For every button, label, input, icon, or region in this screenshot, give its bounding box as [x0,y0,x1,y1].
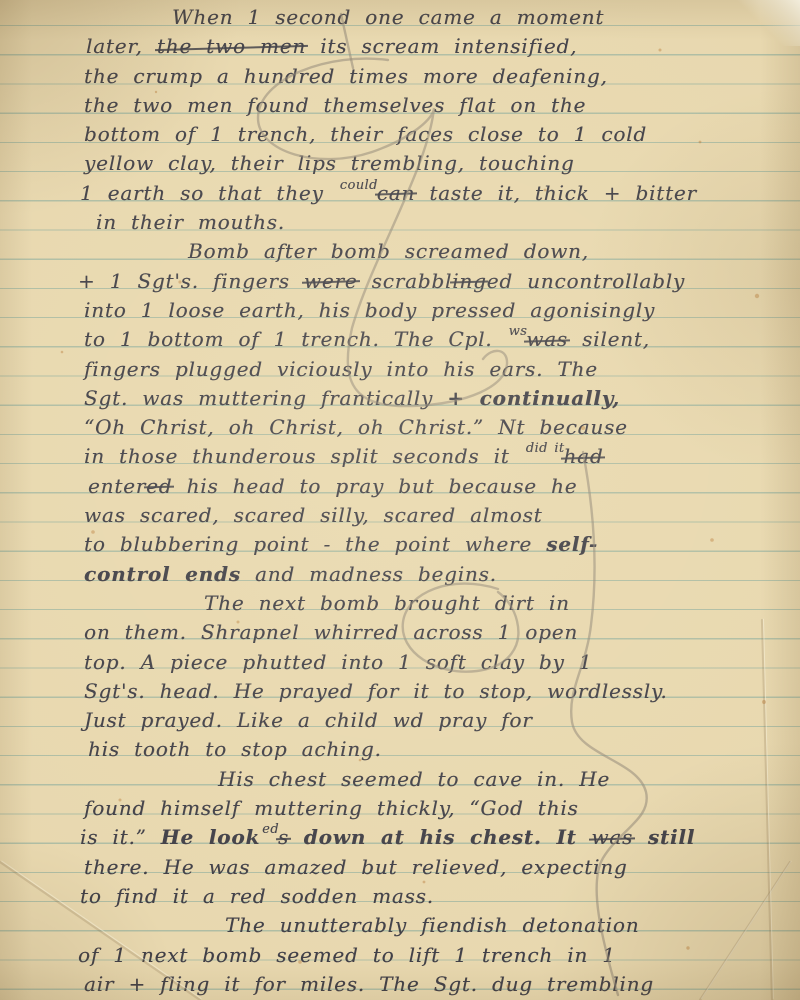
handwriting-text: into 1 loose earth, his body pressed ago… [84,298,655,322]
handwriting-text: in their mouths. [96,210,285,234]
handwriting-insert: ws [509,324,528,339]
handwriting-bold: control ends [84,562,241,586]
handwriting-line: was scared, scared silly, scared almost [84,501,800,530]
handwriting-text: found himself muttering thickly, “God th… [84,796,579,820]
handwriting-line: of 1 next bomb seemed to lift 1 trench i… [78,941,800,970]
handwriting-text: scrabbl [357,269,452,293]
handwriting-text: the two men found themselves flat on the [84,93,586,117]
handwriting-text: + 1 Sgt's. fingers [78,269,304,293]
handwriting-text: there. He was amazed but relieved, expec… [84,855,628,879]
handwriting-text: air + fling it for miles. The Sgt. dug t… [84,972,654,996]
handwriting-text: top. A piece phutted into 1 soft clay by… [84,650,592,674]
handwriting-line: 1 earth so that they couldcan taste it, … [80,179,800,208]
handwriting-line: bottom of 1 trench, their faces close to… [84,120,800,149]
handwriting-text: Just prayed. Like a child wd pray for [84,708,533,732]
handwriting-text: is it.” [80,825,161,849]
handwriting-line: the two men found themselves flat on the [84,91,800,120]
handwriting-text: bottom of 1 trench, their faces close to… [84,122,647,146]
handwriting-text: on them. Shrapnel whirred across 1 open [84,620,578,644]
handwriting-text: “Oh Christ, oh Christ, oh Christ.” Nt be… [84,415,628,439]
handwriting-line: control ends and madness begins. [84,560,800,589]
handwriting-strike: were [304,269,358,293]
handwriting-text: to 1 bottom of 1 trench. The Cpl. [84,327,507,351]
handwriting-line: Just prayed. Like a child wd pray for [84,706,800,735]
handwriting-text: later, [86,34,157,58]
handwriting-line: The next bomb brought dirt in [204,589,800,618]
handwriting-text: silent, [568,327,650,351]
handwriting-text: The unutterably fiendish detonation [225,913,639,937]
handwriting-bold: He look [161,825,260,849]
handwriting-line: The unutterably fiendish detonation [225,911,800,940]
handwriting-text: When 1 second one came a moment [172,5,604,29]
manuscript-body: When 1 second one came a momentlater, th… [0,3,800,999]
handwriting-text: His chest seemed to cave in. He [218,767,610,791]
handwriting-text: yellow clay, their lips trembling, touch… [84,151,575,175]
handwriting-text: his tooth to stop aching. [88,737,382,761]
handwriting-line: When 1 second one came a moment [172,3,800,32]
handwriting-strike: can [377,181,415,205]
handwriting-text: its scream intensified, [306,34,577,58]
handwriting-line: yellow clay, their lips trembling, touch… [84,149,800,178]
handwriting-line: the crump a hundred times more deafening… [84,62,800,91]
handwriting-line: + 1 Sgt's. fingers were scrabblinged unc… [78,267,800,296]
handwriting-strike: was [526,327,568,351]
handwriting-bold: down at his chest. [289,825,556,849]
handwriting-line: into 1 loose earth, his body pressed ago… [84,296,800,325]
handwriting-line: air + fling it for miles. The Sgt. dug t… [84,970,800,999]
handwriting-text: to blubbering point - the point where [84,532,546,556]
handwriting-strike: ing [452,269,486,293]
handwriting-text: taste it, thick + bitter [415,181,697,205]
handwriting-text: was scared, scared silly, scared almost [84,503,543,527]
handwriting-line: in those thunderous split seconds it did… [84,442,800,471]
handwriting-text: enter [88,474,146,498]
handwriting-insert: could [340,178,378,193]
handwriting-line: to find it a red sodden mass. [80,882,800,911]
handwriting-line: found himself muttering thickly, “God th… [84,794,800,823]
handwriting-text: Sgt. was muttering frantically [84,386,447,410]
handwriting-line: to blubbering point - the point where se… [84,530,800,559]
handwriting-line: to 1 bottom of 1 trench. The Cpl. wswas … [84,325,800,354]
handwriting-strike: had [563,444,603,468]
handwriting-line: entered his head to pray but because he [88,472,800,501]
handwriting-line: “Oh Christ, oh Christ, oh Christ.” Nt be… [84,413,800,442]
handwriting-line: Sgt. was muttering frantically + continu… [84,384,800,413]
handwriting-text: Bomb after bomb screamed down, [188,239,589,263]
handwriting-bold: self- [546,532,598,556]
handwriting-text: to find it a red sodden mass. [80,884,434,908]
handwriting-text: 1 earth so that they [80,181,338,205]
handwriting-text: ed uncontrollably [487,269,685,293]
handwriting-line: there. He was amazed but relieved, expec… [84,853,800,882]
handwriting-line: Bomb after bomb screamed down, [188,237,800,266]
handwriting-line: fingers plugged viciously into his ears.… [84,355,800,384]
handwriting-line: in their mouths. [96,208,800,237]
handwriting-text: fingers plugged viciously into his ears.… [84,357,598,381]
handwriting-insert: did it [526,441,565,456]
manuscript-page: When 1 second one came a momentlater, th… [0,0,800,1000]
handwriting-strike: the two men [157,34,306,58]
handwriting-insert: ed [262,822,279,837]
handwriting-text: Sgt's. head. He prayed for it to stop, w… [84,679,668,703]
handwriting-line: later, the two men its scream intensifie… [86,32,800,61]
handwriting-text: his head to pray but because he [172,474,577,498]
handwriting-text: and madness begins. [241,562,497,586]
handwriting-line: on them. Shrapnel whirred across 1 open [84,618,800,647]
handwriting-strike: was [591,825,633,849]
handwriting-strike: s [278,825,289,849]
handwriting-line: Sgt's. head. He prayed for it to stop, w… [84,677,800,706]
handwriting-line: his tooth to stop aching. [88,735,800,764]
handwriting-strike: ed [146,474,172,498]
handwriting-bold: still [633,825,695,849]
handwriting-text: of 1 next bomb seemed to lift 1 trench i… [78,943,616,967]
handwriting-bold: It [556,825,591,849]
handwriting-line: top. A piece phutted into 1 soft clay by… [84,648,800,677]
handwriting-text: in those thunderous split seconds it [84,444,524,468]
handwriting-line: is it.” He lookeds down at his chest. It… [80,823,800,852]
handwriting-text: The next bomb brought dirt in [204,591,570,615]
handwriting-text: the crump a hundred times more deafening… [84,64,608,88]
handwriting-bold: + continually, [447,386,620,410]
handwriting-line: His chest seemed to cave in. He [218,765,800,794]
